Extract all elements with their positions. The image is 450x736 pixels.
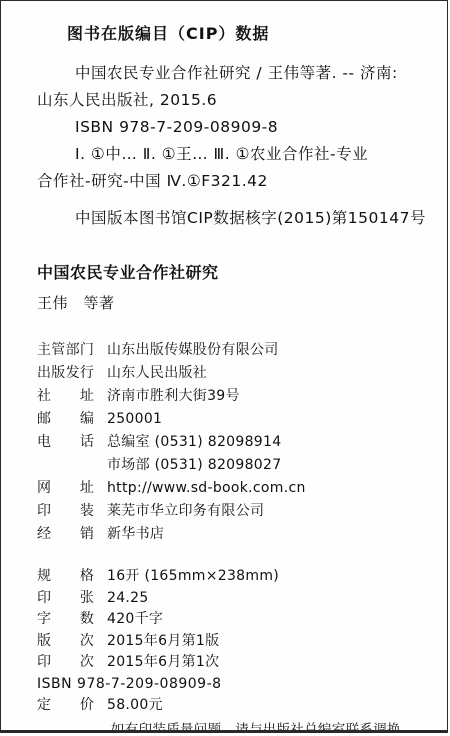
spec-row-wordcount: 字 数 420千字 (37, 609, 429, 631)
info-row-distributor: 经 销 新华书店 (37, 523, 429, 546)
spec-label: 规 格 (37, 566, 99, 588)
spec-info-section: 规 格 16开 (165mm×238mm) 印 张 24.25 字 数 420千… (37, 566, 429, 717)
title-block: 中国农民专业合作社研究 王伟 等著 (37, 260, 429, 313)
info-label: 邮 编 (37, 408, 99, 431)
book-title: 中国农民专业合作社研究 (37, 260, 429, 283)
info-row-website: 网 址 http://www.sd-book.com.cn (37, 477, 429, 500)
info-row-printer: 印 装 莱芜市华立印务有限公司 (37, 500, 429, 523)
spec-label: 印 张 (37, 588, 99, 610)
spec-row-impression: 印 次 2015年6月第1次 (37, 652, 429, 674)
info-value: http://www.sd-book.com.cn (99, 477, 306, 500)
spec-value: 2015年6月第1次 (99, 652, 219, 674)
price-row: 定 价 58.00元 (37, 695, 429, 717)
info-label: 社 址 (37, 385, 99, 408)
spec-row-edition: 版 次 2015年6月第1版 (37, 631, 429, 653)
info-value: 新华书店 (99, 523, 164, 546)
info-value: 总编室 (0531) 82098914 (99, 431, 281, 454)
cip-data-section: 图书在版编目（CIP）数据 中国农民专业合作社研究 / 王伟等著. -- 济南:… (37, 21, 429, 232)
info-label: 印 装 (37, 500, 99, 523)
info-value: 山东人民出版社 (99, 362, 207, 385)
info-label: 经 销 (37, 523, 99, 546)
spec-label: 版 次 (37, 631, 99, 653)
info-value: 莱芜市华立印务有限公司 (99, 500, 264, 523)
cip-catalog-line-1: 中国农民专业合作社研究 / 王伟等著. -- 济南: (37, 60, 429, 87)
publisher-info-section: 主管部门 山东出版传媒股份有限公司 出版发行 山东人民出版社 社 址 济南市胜利… (37, 339, 429, 546)
info-label: 主管部门 (37, 339, 99, 362)
isbn-line: ISBN 978-7-209-08909-8 (37, 674, 429, 696)
info-label (37, 454, 99, 477)
info-label: 出版发行 (37, 362, 99, 385)
cip-isbn-line: ISBN 978-7-209-08909-8 (37, 114, 429, 141)
info-row-phone-2: 市场部 (0531) 82098027 (37, 454, 429, 477)
spec-value: 24.25 (99, 588, 149, 610)
spec-value: 420千字 (99, 609, 163, 631)
book-author: 王伟 等著 (37, 292, 429, 313)
info-value: 250001 (99, 408, 162, 431)
cip-heading: 图书在版编目（CIP）数据 (67, 21, 429, 44)
spec-value: 2015年6月第1版 (99, 631, 219, 653)
book-copyright-page: 图书在版编目（CIP）数据 中国农民专业合作社研究 / 王伟等著. -- 济南:… (0, 0, 448, 733)
cip-catalog-line-2: 山东人民出版社, 2015.6 (37, 87, 429, 114)
spec-label: 字 数 (37, 609, 99, 631)
spec-label: 印 次 (37, 652, 99, 674)
info-value: 山东出版传媒股份有限公司 (99, 339, 279, 362)
info-row-address: 社 址 济南市胜利大街39号 (37, 385, 429, 408)
info-row-publisher: 出版发行 山东人民出版社 (37, 362, 429, 385)
info-value: 济南市胜利大街39号 (99, 385, 240, 408)
info-row-phone-1: 电 话 总编室 (0531) 82098914 (37, 431, 429, 454)
cip-registry-line: 中国版本图书馆CIP数据核字(2015)第150147号 (37, 205, 429, 232)
info-row-supervisor: 主管部门 山东出版传媒股份有限公司 (37, 339, 429, 362)
cip-classification-line-2: 合作社-研究-中国 Ⅳ.①F321.42 (37, 168, 429, 195)
price-value: 58.00元 (99, 695, 163, 717)
cip-classification-line-1: Ⅰ. ①中… Ⅱ. ①王… Ⅲ. ①农业合作社-专业 (37, 141, 429, 168)
price-label: 定 价 (37, 695, 99, 717)
info-value: 市场部 (0531) 82098027 (99, 454, 281, 477)
spec-row-format: 规 格 16开 (165mm×238mm) (37, 566, 429, 588)
info-label: 网 址 (37, 477, 99, 500)
spec-value: 16开 (165mm×238mm) (99, 566, 279, 588)
quality-note: 如有印装质量问题，请与出版社总编室联系调换。 (37, 720, 429, 734)
spec-row-sheets: 印 张 24.25 (37, 588, 429, 610)
info-label: 电 话 (37, 431, 99, 454)
info-row-postcode: 邮 编 250001 (37, 408, 429, 431)
